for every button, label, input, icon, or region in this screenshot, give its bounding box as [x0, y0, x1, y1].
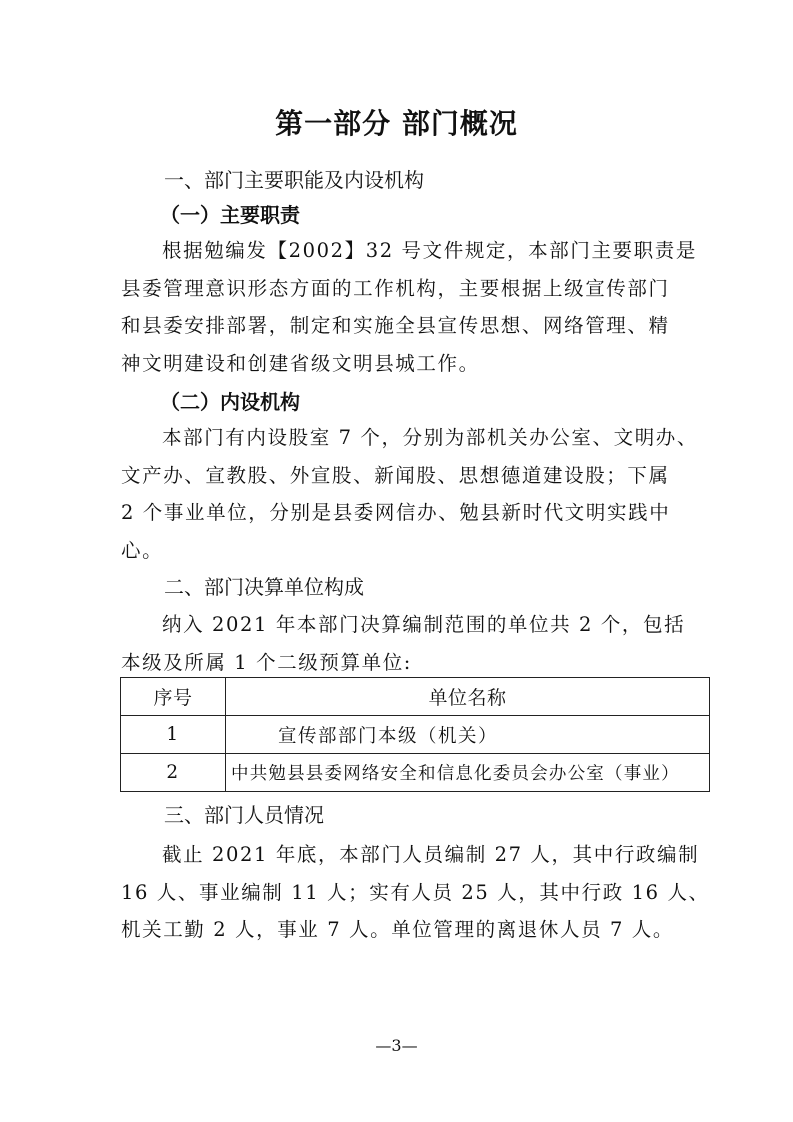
paragraph-internal-structure: 本部门有内设股室 7 个，分别为部机关办公室、文明办、 文产办、宣教股、外宣股、…: [121, 419, 681, 569]
subsection-heading-internal-structure: （二）内设机构: [160, 387, 300, 417]
table-row: 1 宣传部部门本级（机关）: [121, 716, 710, 754]
budget-units-table: 序号 单位名称 1 宣传部部门本级（机关） 2 中共勉县县委网络安全和信息化委员…: [120, 677, 710, 792]
table-header-row: 序号 单位名称: [121, 678, 710, 716]
cell-unit-name: 宣传部部门本级（机关）: [226, 716, 710, 754]
column-header-number: 序号: [121, 678, 226, 716]
section-heading-budget-units: 二、部门决算单位构成: [164, 572, 364, 602]
text-line: 2 个事业单位，分别是县委网信办、勉县新时代文明实践中: [121, 494, 681, 532]
text-line: 截止 2021 年底，本部门人员编制 27 人，其中行政编制: [121, 836, 681, 874]
text-line: 和县委安排部署，制定和实施全县宣传思想、网络管理、精: [121, 307, 681, 345]
table-row: 2 中共勉县县委网络安全和信息化委员会办公室（事业）: [121, 754, 710, 792]
text-line: 县委管理意识形态方面的工作机构，主要根据上级宣传部门: [121, 270, 681, 308]
paragraph-budget-units: 纳入 2021 年本部门决算编制范围的单位共 2 个，包括 本级及所属 1 个二…: [121, 606, 681, 681]
paragraph-main-duties: 根据勉编发【2002】32 号文件规定，本部门主要职责是 县委管理意识形态方面的…: [121, 232, 681, 382]
cell-number: 1: [121, 716, 226, 754]
text-line: 纳入 2021 年本部门决算编制范围的单位共 2 个，包括: [121, 606, 681, 644]
paragraph-personnel: 截止 2021 年底，本部门人员编制 27 人，其中行政编制 16 人、事业编制…: [121, 836, 681, 949]
column-header-unit-name: 单位名称: [226, 678, 710, 716]
text-line: 根据勉编发【2002】32 号文件规定，本部门主要职责是: [121, 232, 681, 270]
text-line: 本级及所属 1 个二级预算单位:: [121, 644, 681, 682]
text-line: 心。: [121, 532, 681, 570]
subsection-heading-main-duties: （一）主要职责: [160, 200, 300, 230]
text-line: 神文明建设和创建省级文明县城工作。: [121, 345, 681, 383]
page-number: —3—: [0, 1036, 793, 1055]
page-title: 第一部分 部门概况: [0, 104, 793, 144]
text-line: 文产办、宣教股、外宣股、新闻股、思想德道建设股；下属: [121, 457, 681, 495]
text-line: 本部门有内设股室 7 个，分别为部机关办公室、文明办、: [121, 419, 681, 457]
text-line: 16 人、事业编制 11 人；实有人员 25 人，其中行政 16 人、: [121, 874, 681, 912]
cell-number: 2: [121, 754, 226, 792]
section-heading-functions: 一、部门主要职能及内设机构: [164, 165, 424, 195]
text-line: 机关工勤 2 人，事业 7 人。单位管理的离退休人员 7 人。: [121, 911, 681, 949]
section-heading-personnel: 三、部门人员情况: [164, 800, 324, 830]
cell-unit-name: 中共勉县县委网络安全和信息化委员会办公室（事业）: [226, 754, 710, 792]
